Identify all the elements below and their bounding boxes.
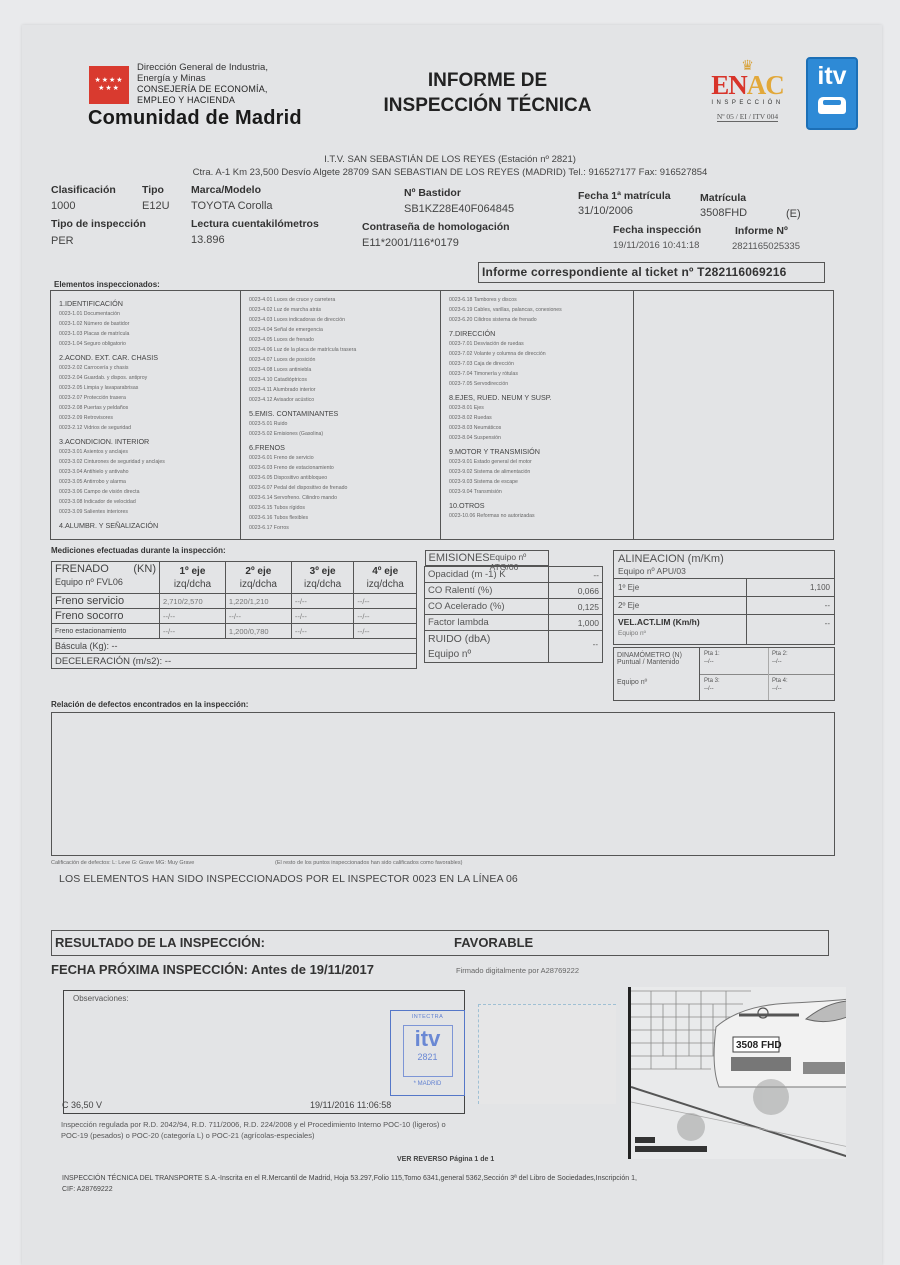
- company-line: INSPECCIÓN TÉCNICA DEL TRANSPORTE S.A.-I…: [62, 1173, 637, 1184]
- elements-column: 1.IDENTIFICACIÓN0023-1.01 Documentación0…: [51, 291, 241, 539]
- element-item: 0023-3.05 Antirrobo y alarma: [59, 477, 232, 487]
- elements-column: 0023-6.18 Tambores y discos0023-6.19 Cab…: [441, 291, 634, 539]
- element-item: 0023-2.02 Carrocería y chasis: [59, 363, 232, 373]
- informe-value: 2821165025335: [732, 241, 800, 252]
- org-line: Dirección General de Industria,: [137, 63, 268, 74]
- bastidor-label: Nº Bastidor: [404, 187, 461, 199]
- element-group-title: 7.DIRECCIÓN: [449, 329, 625, 338]
- element-item: 0023-5.02 Emisiones (Gasolina): [249, 429, 432, 439]
- dynamometer-box: DINAMÓMETRO (N) Puntual / Mantenido Equi…: [613, 647, 835, 701]
- axle-sub: izq/dcha: [229, 578, 288, 591]
- enac-word-yellow: AC: [747, 70, 784, 100]
- row-label: Freno servicio: [52, 594, 160, 609]
- cuentakilometros-value: 13.896: [191, 234, 225, 246]
- organization-text: Dirección General de Industria, Energía …: [137, 63, 268, 105]
- braking-title: FRENADO: [55, 563, 109, 576]
- row-value: 0,066: [549, 583, 603, 599]
- element-item: 0023-4.07 Luces de posición: [249, 355, 432, 365]
- axle-name: 2º eje: [229, 565, 288, 578]
- element-item: 0023-4.11 Alumbrado interior: [249, 385, 432, 395]
- matricula-label: Matrícula: [700, 192, 746, 204]
- row-value: 2,710/2,570: [160, 594, 226, 609]
- row-value: --/--: [160, 609, 226, 624]
- observations-code: C 36,50 V: [62, 1100, 102, 1110]
- bastidor-value: SB1KZ28E40F064845: [404, 203, 514, 215]
- row-value: --/--: [354, 624, 417, 639]
- org-caps-line: CONSEJERÍA DE ECONOMÍA,: [137, 84, 268, 95]
- element-item: 0023-1.01 Documentación: [59, 309, 232, 319]
- element-item: 0023-4.06 Luz de la placa de matrícula t…: [249, 345, 432, 355]
- org-caps-line: EMPLEO Y HACIENDA: [137, 95, 268, 106]
- fecha-inspeccion-label: Fecha inspección: [613, 224, 701, 236]
- title-line: INSPECCIÓN TÉCNICA: [360, 93, 615, 118]
- element-item: 0023-6.19 Cables, varillas, palancas, co…: [449, 305, 625, 315]
- element-item: 0023-1.04 Seguro obligatorio: [59, 339, 232, 349]
- bascula-row: Báscula (Kg): --: [52, 639, 417, 654]
- braking-row: Freno estacionamiento --/-- 1,200/0,780 …: [52, 624, 417, 639]
- madrid-stars-logo: ★★★★★★★: [89, 66, 129, 104]
- result-box: RESULTADO DE LA INSPECCIÓN: FAVORABLE: [51, 930, 829, 956]
- row-value: --/--: [291, 594, 354, 609]
- row-label: Factor lambda: [425, 615, 549, 631]
- element-group-title: 5.EMIS. CONTAMINANTES: [249, 409, 432, 418]
- element-group-title: 10.OTROS: [449, 501, 625, 510]
- cuentakilometros-label: Lectura cuentakilómetros: [191, 218, 319, 230]
- emissions-title: EMISIONES: [429, 552, 490, 564]
- element-item: 0023-6.15 Tubos rígidos: [249, 503, 432, 513]
- element-item: 0023-2.05 Limpia y lavaparabrisas: [59, 383, 232, 393]
- axle-sub: izq/dcha: [357, 578, 413, 591]
- row-value: 0,125: [549, 599, 603, 615]
- itv-logo: itv: [806, 57, 858, 130]
- emissions-row: Factor lambda1,000: [425, 615, 603, 631]
- element-item: 0023-6.03 Freno de estacionamiento: [249, 463, 432, 473]
- car-icon: [818, 97, 846, 114]
- element-item: 0023-3.09 Salientes interiores: [59, 507, 232, 517]
- homologacion-label: Contraseña de homologación: [362, 221, 510, 233]
- clasificacion-value: 1000: [51, 200, 75, 212]
- elements-column: 0023-4.01 Luces de cruce y carretera0023…: [241, 291, 441, 539]
- element-item: 0023-8.01 Ejes: [449, 403, 625, 413]
- element-item: 0023-6.05 Dispositivo antibloqueo: [249, 473, 432, 483]
- speed-limiter-title: VEL.ACT.LIM (Km/h): [618, 616, 742, 628]
- station-address: Ctra. A-1 Km 23,500 Desvío Algete 28709 …: [60, 166, 840, 179]
- elements-column-empty: [634, 291, 833, 539]
- legal-line: POC-19 (pesados) o POC-20 (categoría L) …: [61, 1130, 446, 1141]
- element-item: 0023-7.02 Volante y columna de dirección: [449, 349, 625, 359]
- element-item: 0023-3.08 Indicador de velocidad: [59, 497, 232, 507]
- stamp-number: 2821: [404, 1052, 452, 1062]
- element-item: 0023-4.04 Señal de emergencia: [249, 325, 432, 335]
- station-name: I.T.V. SAN SEBASTIÁN DE LOS REYES (Estac…: [60, 153, 840, 166]
- element-item: 0023-2.07 Protección trasera: [59, 393, 232, 403]
- element-item: 0023-4.08 Luces antiniebla: [249, 365, 432, 375]
- row-value: --/--: [160, 624, 226, 639]
- element-item: 0023-7.03 Caja de dirección: [449, 359, 625, 369]
- row-value: 1,200/0,780: [225, 624, 291, 639]
- element-item: 0023-8.03 Neumáticos: [449, 423, 625, 433]
- noise-box: RUIDO (dbA) Equipo nº --: [424, 630, 603, 663]
- element-item: 0023-1.03 Placas de matrícula: [59, 329, 232, 339]
- tipo-inspeccion-label: Tipo de inspección: [51, 218, 146, 230]
- point-value: --/--: [704, 658, 720, 666]
- axle-name: 4º eje: [357, 565, 413, 578]
- row-value: --: [747, 597, 835, 615]
- alignment-equipment: Equipo nº APU/03: [618, 565, 830, 577]
- enac-word-red: EN: [711, 70, 747, 100]
- informe-label: Informe Nº: [735, 225, 788, 237]
- point-label: Pta 3:: [704, 677, 720, 685]
- emissions-header: EMISIONESEquipo nº ATG/06: [425, 550, 549, 566]
- element-group-title: 4.ALUMBR. Y SEÑALIZACIÓN: [59, 521, 232, 530]
- dynamometer-point: Pta 4:--/--: [769, 675, 791, 695]
- dynamometer-equipment: Equipo nº: [617, 679, 696, 686]
- element-item: 0023-3.04 Antihielo y antivaho: [59, 467, 232, 477]
- homologacion-value: E11*2001/116*0179: [362, 237, 459, 249]
- braking-row: Freno socorro --/-- --/-- --/-- --/--: [52, 609, 417, 624]
- emissions-equipment: Equipo nº ATG/06: [490, 552, 545, 564]
- braking-table: FRENADO(KN) Equipo nº FVL06 1º ejeizq/dc…: [51, 561, 417, 669]
- result-label: RESULTADO DE LA INSPECCIÓN:: [55, 935, 265, 950]
- speed-limiter-equipment: Equipo nº: [618, 628, 742, 640]
- element-item: 0023-6.16 Tubos flexibles: [249, 513, 432, 523]
- alignment-row: 1º Eje1,100: [614, 579, 835, 597]
- element-group-title: 8.EJES, RUED. NEUM Y SUSP.: [449, 393, 625, 402]
- alignment-title: ALINEACION (m/Km): [618, 553, 830, 565]
- defects-box: [51, 712, 835, 856]
- tipo-label: Tipo: [142, 184, 164, 196]
- point-label: Pta 4:: [772, 677, 788, 685]
- elements-box: 1.IDENTIFICACIÓN0023-1.01 Documentación0…: [50, 290, 834, 540]
- point-label: Pta 2:: [772, 650, 788, 658]
- element-item: 0023-6.01 Freno de servicio: [249, 453, 432, 463]
- enac-subtitle: INSPECCIÓN: [700, 100, 795, 106]
- emissions-row: CO Ralentí (%)0,066: [425, 583, 603, 599]
- element-group-title: 1.IDENTIFICACIÓN: [59, 299, 232, 308]
- vehicle-photo-image: 3508 FHD: [631, 987, 846, 1159]
- noise-equipment: Equipo nº: [428, 647, 545, 662]
- row-value: --/--: [291, 624, 354, 639]
- element-item: 0023-9.03 Sistema de escape: [449, 477, 625, 487]
- element-item: 0023-2.08 Puertas y peldaños: [59, 403, 232, 413]
- next-inspection-date: FECHA PRÓXIMA INSPECCIÓN: Antes de 19/11…: [51, 962, 374, 977]
- page-indicator: VER REVERSO Página 1 de 1: [397, 1156, 494, 1163]
- fecha-inspeccion-value: 19/11/2016 10:41:18: [613, 240, 699, 251]
- measurements-title: Mediciones efectuadas durante la inspecc…: [51, 546, 226, 555]
- row-label: 2º Eje: [614, 597, 747, 615]
- element-group-title: 3.ACONDICION. INTERIOR: [59, 437, 232, 446]
- element-item: 0023-9.04 Transmisión: [449, 487, 625, 497]
- element-item: 0023-5.01 Ruido: [249, 419, 432, 429]
- defect-legend: Calificación de defectos: L: Leve G: Gra…: [51, 860, 194, 866]
- row-value: --/--: [354, 609, 417, 624]
- result-value: FAVORABLE: [454, 935, 533, 950]
- stamp-inner: itv 2821: [403, 1025, 453, 1077]
- ticket-box: Informe correspondiente al ticket nº T28…: [478, 262, 825, 283]
- element-group-title: 2.ACOND. EXT. CAR. CHASIS: [59, 353, 232, 362]
- enac-logo: ♛ ENAC INSPECCIÓN Nº 05 / EI / ITV 004: [700, 58, 795, 124]
- row-value: 1,220/1,210: [225, 594, 291, 609]
- fecha-matricula-label: Fecha 1ª matrícula: [578, 190, 671, 202]
- braking-unit: (KN): [133, 563, 156, 576]
- deceleration-row: DECELERACIÓN (m/s2): --: [52, 654, 417, 669]
- company-line: CIF: A28769222: [62, 1184, 637, 1195]
- row-value: 1,000: [549, 615, 603, 631]
- point-value: --/--: [704, 685, 720, 693]
- axle-header: 1º ejeizq/dcha: [160, 562, 226, 594]
- stamp-itv-logo: itv: [404, 1026, 452, 1052]
- row-value: --/--: [225, 609, 291, 624]
- element-item: 0023-8.02 Ruedas: [449, 413, 625, 423]
- element-item: 0023-7.05 Servodirección: [449, 379, 625, 389]
- defect-note: (El resto de los puntos inspeccionados h…: [275, 860, 462, 866]
- marca-modelo-label: Marca/Modelo: [191, 184, 261, 196]
- element-item: 0023-4.02 Luz de marcha atrás: [249, 305, 432, 315]
- braking-header: FRENADO(KN) Equipo nº FVL06: [52, 562, 160, 594]
- axle-header: 4º ejeizq/dcha: [354, 562, 417, 594]
- title-line: INFORME DE: [360, 68, 615, 93]
- element-item: 0023-7.01 Desviación de ruedas: [449, 339, 625, 349]
- row-value: --/--: [354, 594, 417, 609]
- axle-sub: izq/dcha: [163, 578, 222, 591]
- axle-header: 2º ejeizq/dcha: [225, 562, 291, 594]
- observations-label: Observaciones:: [73, 994, 129, 1003]
- alignment-header: ALINEACION (m/Km)Equipo nº APU/03: [614, 551, 835, 579]
- braking-equipment: Equipo nº FVL06: [55, 576, 156, 589]
- row-value: --: [549, 567, 603, 583]
- emissions-row: CO Acelerado (%)0,125: [425, 599, 603, 615]
- element-item: 0023-10.06 Reformas no autorizadas: [449, 511, 625, 521]
- organization-name: Comunidad de Madrid: [88, 107, 302, 130]
- clasificacion-label: Clasificación: [51, 184, 116, 196]
- element-item: 0023-4.10 Catadióptricos: [249, 375, 432, 385]
- element-item: 0023-2.12 Vidrios de seguridad: [59, 423, 232, 433]
- org-line: Energía y Minas: [137, 74, 268, 85]
- elements-title: Elementos inspeccionados:: [54, 280, 160, 289]
- signature-area: [478, 1004, 616, 1104]
- element-item: 0023-6.07 Pedal del dispositivo de frena…: [249, 483, 432, 493]
- element-item: 0023-7.04 Timonería y rótulas: [449, 369, 625, 379]
- element-item: 0023-9.01 Estado general del motor: [449, 457, 625, 467]
- document-title: INFORME DE INSPECCIÓN TÉCNICA: [360, 68, 615, 118]
- element-group-title: 9.MOTOR Y TRANSMISIÓN: [449, 447, 625, 456]
- legal-text: Inspección regulada por R.D. 2042/94, R.…: [61, 1119, 446, 1141]
- defects-title: Relación de defectos encontrados en la i…: [51, 700, 248, 709]
- vehicle-photo: 3508 FHD: [628, 987, 846, 1159]
- enac-accreditation: Nº 05 / EI / ITV 004: [717, 112, 778, 122]
- axle-header: 3º ejeizq/dcha: [291, 562, 354, 594]
- element-item: 0023-4.05 Luces de frenado: [249, 335, 432, 345]
- observations-timestamp: 19/11/2016 11:06:58: [310, 1100, 391, 1110]
- element-group-title: 6.FRENOS: [249, 443, 432, 452]
- fecha-matricula-value: 31/10/2006: [578, 205, 633, 217]
- element-item: 0023-3.01 Asientos y anclajes: [59, 447, 232, 457]
- row-value: 1,100: [747, 579, 835, 597]
- point-value: --/--: [772, 685, 788, 693]
- row-label: Opacidad (m -1) K: [425, 567, 549, 583]
- point-value: --/--: [772, 658, 788, 666]
- row-value: --/--: [291, 609, 354, 624]
- dynamometer-sub: Puntual / Mantenido: [617, 659, 696, 666]
- dynamometer-point: Pta 2:--/--: [769, 648, 791, 668]
- row-label: 1º Eje: [614, 579, 747, 597]
- braking-row: Freno servicio 2,710/2,570 1,220/1,210 -…: [52, 594, 417, 609]
- dynamometer-point: Pta 1:--/--: [701, 648, 723, 668]
- noise-title: RUIDO (dbA): [428, 632, 545, 647]
- tipo-inspeccion-value: PER: [51, 235, 74, 247]
- tipo-value: E12U: [142, 200, 170, 212]
- axle-name: 3º eje: [295, 565, 351, 578]
- emissions-table: EMISIONESEquipo nº ATG/06 Opacidad (m -1…: [424, 550, 603, 631]
- element-item: 0023-1.02 Número de bastidor: [59, 319, 232, 329]
- stamp-top: INTECTRA: [391, 1014, 464, 1020]
- dynamometer-point: Pta 3:--/--: [701, 675, 723, 695]
- matricula-suffix: (E): [786, 208, 801, 220]
- element-item: 0023-6.17 Forros: [249, 523, 432, 533]
- element-item: 0023-2.09 Retrovisores: [59, 413, 232, 423]
- row-label: Freno estacionamiento: [52, 624, 160, 639]
- dynamometer-label-cell: DINAMÓMETRO (N) Puntual / Mantenido Equi…: [614, 648, 700, 700]
- element-item: 0023-3.02 Cinturones de seguridad y ancl…: [59, 457, 232, 467]
- dynamometer-title: DINAMÓMETRO (N): [617, 652, 696, 659]
- company-info: INSPECCIÓN TÉCNICA DEL TRANSPORTE S.A.-I…: [62, 1173, 637, 1195]
- marca-modelo-value: TOYOTA Corolla: [191, 200, 273, 212]
- element-item: 0023-2.04 Guardab. y dispos. antiproy: [59, 373, 232, 383]
- svg-text:3508 FHD: 3508 FHD: [736, 1040, 782, 1051]
- element-item: 0023-9.02 Sistema de alimentación: [449, 467, 625, 477]
- digital-signature: Firmado digitalmente por A28769222: [456, 966, 579, 975]
- legal-line: Inspección regulada por R.D. 2042/94, R.…: [61, 1119, 446, 1130]
- alignment-table: ALINEACION (m/Km)Equipo nº APU/03 1º Eje…: [613, 550, 835, 645]
- station-info: I.T.V. SAN SEBASTIÁN DE LOS REYES (Estac…: [60, 153, 840, 179]
- itv-logo-text: itv: [808, 61, 856, 91]
- axle-name: 1º eje: [163, 565, 222, 578]
- row-label: CO Acelerado (%): [425, 599, 549, 615]
- element-item: 0023-4.01 Luces de cruce y carretera: [249, 295, 432, 305]
- station-stamp: INTECTRA itv 2821 * MADRID: [390, 1010, 465, 1096]
- element-item: 0023-4.12 Avisador acústico: [249, 395, 432, 405]
- matricula-value: 3508FHD: [700, 207, 747, 219]
- row-label: Freno socorro: [52, 609, 160, 624]
- element-item: 0023-4.03 Luces indicadoras de dirección: [249, 315, 432, 325]
- element-item: 0023-6.14 Servofreno. Cilindro mando: [249, 493, 432, 503]
- speed-limiter-row: VEL.ACT.LIM (Km/h)Equipo nº--: [614, 615, 835, 645]
- inspector-line: LOS ELEMENTOS HAN SIDO INSPECCIONADOS PO…: [59, 873, 518, 885]
- point-label: Pta 1:: [704, 650, 720, 658]
- alignment-row: 2º Eje--: [614, 597, 835, 615]
- row-label: CO Ralentí (%): [425, 583, 549, 599]
- element-item: 0023-6.18 Tambores y discos: [449, 295, 625, 305]
- element-item: 0023-8.04 Suspensión: [449, 433, 625, 443]
- stamp-bottom: * MADRID: [391, 1081, 464, 1087]
- element-item: 0023-6.20 Cilidros sistema de frenado: [449, 315, 625, 325]
- element-item: 0023-3.06 Campo de visión directa: [59, 487, 232, 497]
- speed-limiter-value: --: [747, 615, 835, 645]
- axle-sub: izq/dcha: [295, 578, 351, 591]
- noise-value: --: [593, 640, 598, 649]
